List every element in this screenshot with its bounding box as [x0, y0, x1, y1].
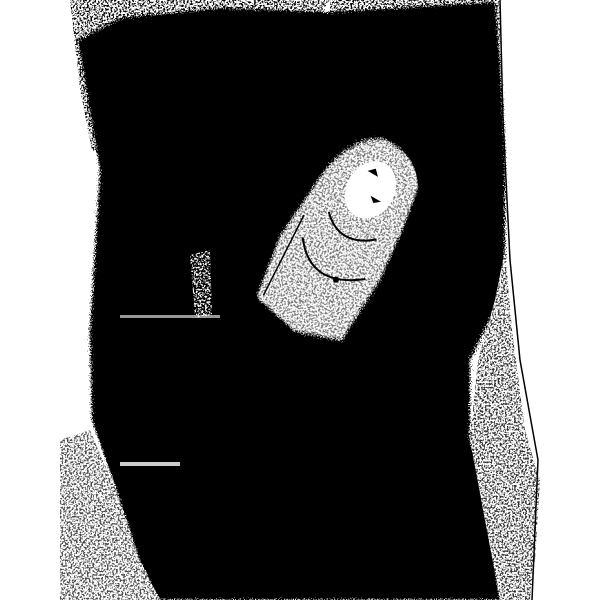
ink-artwork [0, 0, 600, 600]
